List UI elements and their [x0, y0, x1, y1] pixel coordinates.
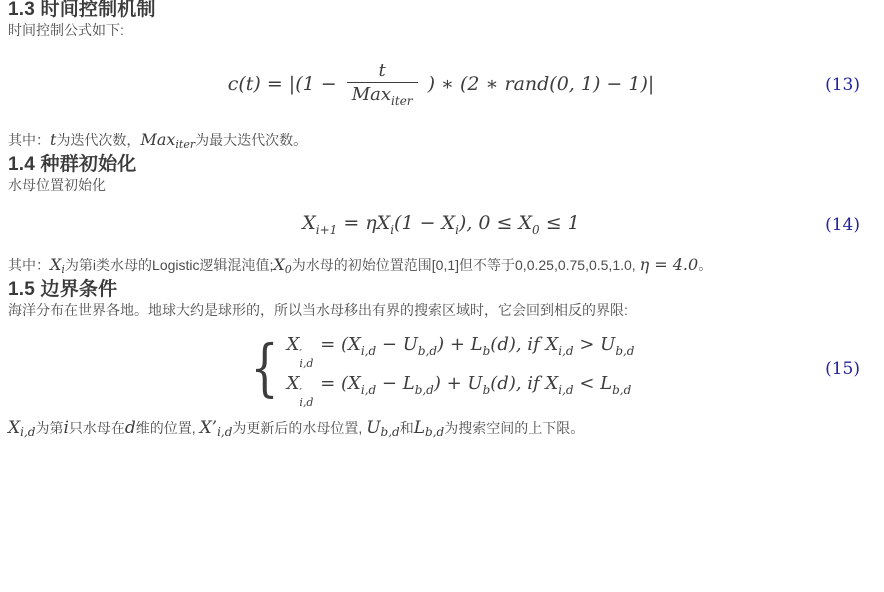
note15-math-xid: X: [8, 418, 20, 438]
note15-text1: 为第: [35, 420, 63, 436]
note15-math-lbd: L: [414, 418, 425, 438]
eq13-numerator: t: [377, 61, 388, 82]
l1-s2: i,d: [361, 344, 376, 358]
equation-13-number[interactable]: (13): [825, 75, 860, 95]
boundary-condition-intro-text: 海洋分布在世界各地。地球大约是球形的，所以当水母移出有界的搜索区域时，它会回到相…: [8, 300, 874, 320]
eq14-t2: = ηX: [337, 212, 390, 234]
l2-t2: = (X: [314, 373, 360, 394]
l1-t5: (d), if X: [490, 334, 558, 355]
section-heading-1-3: 1.3 时间控制机制: [8, 0, 874, 20]
note15-math-ubd-sub: b,d: [381, 425, 400, 439]
equation-13-note: 其中：t为迭代次数，Maxiter为最大迭代次数。: [8, 130, 874, 155]
left-brace: {: [250, 335, 278, 403]
l1-t2: = (X: [314, 334, 360, 355]
note14-text3: 为水母的初始位置范围[0,1]但不等于0,0.25,0.75,0.5,1.0,: [292, 257, 640, 273]
note13-text: 其中：: [8, 132, 50, 148]
note13-math-max: Max: [140, 130, 175, 149]
note15-text5: 和: [400, 420, 414, 436]
note14-math-eta: η = 4.0: [640, 255, 699, 274]
eq14-t4-sub: 0: [532, 223, 540, 237]
equation-15-line1: X′i,d = (Xi,d − Ub,d) + Lb(d), if Xi,d >…: [287, 330, 635, 369]
equation-14-row: Xi+1 = ηXi(1 − Xi), 0 ≤ X0 ≤ 1 (14): [8, 195, 874, 255]
l2-s2: i,d: [361, 383, 376, 397]
document-body: 1.3 时间控制机制 时间控制公式如下: c(t) = |(1 − tMaxit…: [0, 0, 884, 442]
note14-text2: 为第i类水母的Logistic逻辑混沌值;: [65, 257, 273, 273]
l2-x: X: [287, 373, 300, 394]
l2-x-supsub: ′i,d: [299, 389, 313, 408]
note13-text2: 为迭代次数，: [56, 132, 140, 148]
time-control-intro-text: 时间控制公式如下:: [8, 20, 874, 40]
note15-math-xprime-sub: i,d: [217, 425, 232, 439]
section-heading-1-5: 1.5 边界条件: [8, 280, 874, 300]
section-heading-1-4: 1.4 种群初始化: [8, 155, 874, 175]
eq14-x-sub: i+1: [316, 223, 338, 237]
l1-sub: i,d: [299, 358, 313, 369]
note15-math-xprime: X’: [200, 418, 218, 438]
l1-t6: > U: [574, 334, 616, 355]
note14-text4: 。: [698, 257, 712, 273]
equation-13-row: c(t) = |(1 − tMaxiter ) ∗ (2 ∗ rand(0, 1…: [8, 40, 874, 130]
note15-text6: 为搜索空间的上下限。: [444, 420, 584, 436]
note15-math-lbd-sub: b,d: [425, 425, 444, 439]
note15-math-d: d: [125, 418, 136, 438]
note14-math-x0: X: [273, 255, 284, 274]
l2-s3: b,d: [415, 383, 434, 397]
equation-15-number[interactable]: (15): [825, 359, 860, 379]
equation-14-formula: Xi+1 = ηXi(1 − Xi), 0 ≤ X0 ≤ 1: [302, 212, 580, 237]
equation-15-note: Xi,d为第i只水母在d维的位置, X’i,d为更新后的水母位置, Ub,d和L…: [8, 418, 874, 442]
note14-text1: 其中：: [8, 257, 50, 273]
eq13-den-subscript: iter: [391, 94, 413, 108]
l1-s6: b,d: [615, 344, 634, 358]
note13-math-max-sub: iter: [175, 138, 195, 151]
eq14-t4: ), 0 ≤ X: [459, 212, 532, 234]
note15-math-xid-sub: i,d: [20, 425, 35, 439]
eq14-t3: (1 − X: [394, 212, 455, 234]
l2-t6: < L: [574, 373, 612, 394]
l1-s3: b,d: [418, 344, 437, 358]
equation-15-row: { X′i,d = (Xi,d − Ub,d) + Lb(d), if Xi,d…: [8, 320, 874, 418]
equation-15-cases: X′i,d = (Xi,d − Ub,d) + Lb(d), if Xi,d >…: [287, 330, 635, 408]
note15-text2: 只水母在: [69, 420, 125, 436]
l2-s6: b,d: [612, 383, 631, 397]
note14-math-xi: X: [50, 255, 61, 274]
l2-t4: ) + U: [434, 373, 483, 394]
note15-text3: 维的位置,: [136, 420, 200, 436]
l2-t5: (d), if X: [490, 373, 558, 394]
l1-s5: i,d: [558, 344, 573, 358]
population-init-intro-text: 水母位置初始化: [8, 175, 874, 195]
equation-14-number[interactable]: (14): [825, 215, 860, 235]
l2-s5: i,d: [558, 383, 573, 397]
note13-text3: 为最大迭代次数。: [195, 132, 307, 148]
eq14-x: X: [302, 212, 316, 234]
eq13-denominator: Maxiter: [347, 82, 418, 109]
l1-x-supsub: ′i,d: [299, 350, 313, 369]
eq13-post: ) ∗ (2 ∗ rand(0, 1) − 1)|: [422, 73, 655, 95]
note15-text4: 为更新后的水母位置,: [232, 420, 366, 436]
l1-t3: − U: [376, 334, 418, 355]
eq14-t5: ≤ 1: [540, 212, 580, 234]
l2-sub: i,d: [299, 397, 313, 408]
equation-15-line2: X′i,d = (Xi,d − Lb,d) + Ub(d), if Xi,d <…: [287, 369, 635, 408]
equation-13-formula: c(t) = |(1 − tMaxiter ) ∗ (2 ∗ rand(0, 1…: [228, 61, 655, 109]
eq13-den-base: Max: [352, 84, 391, 105]
l2-t3: − L: [376, 373, 414, 394]
note15-math-ubd: U: [366, 418, 380, 438]
eq13-fraction: tMaxiter: [347, 61, 418, 109]
equation-14-note: 其中：Xi为第i类水母的Logistic逻辑混沌值;X0为水母的初始位置范围[0…: [8, 255, 874, 280]
l1-x: X: [287, 334, 300, 355]
note14-math-x0-sub: 0: [285, 263, 292, 276]
equation-15-formula: { X′i,d = (Xi,d − Ub,d) + Lb(d), if Xi,d…: [248, 330, 635, 408]
eq13-pre: c(t) = |(1 −: [228, 73, 343, 95]
l1-t4: ) + L: [437, 334, 483, 355]
